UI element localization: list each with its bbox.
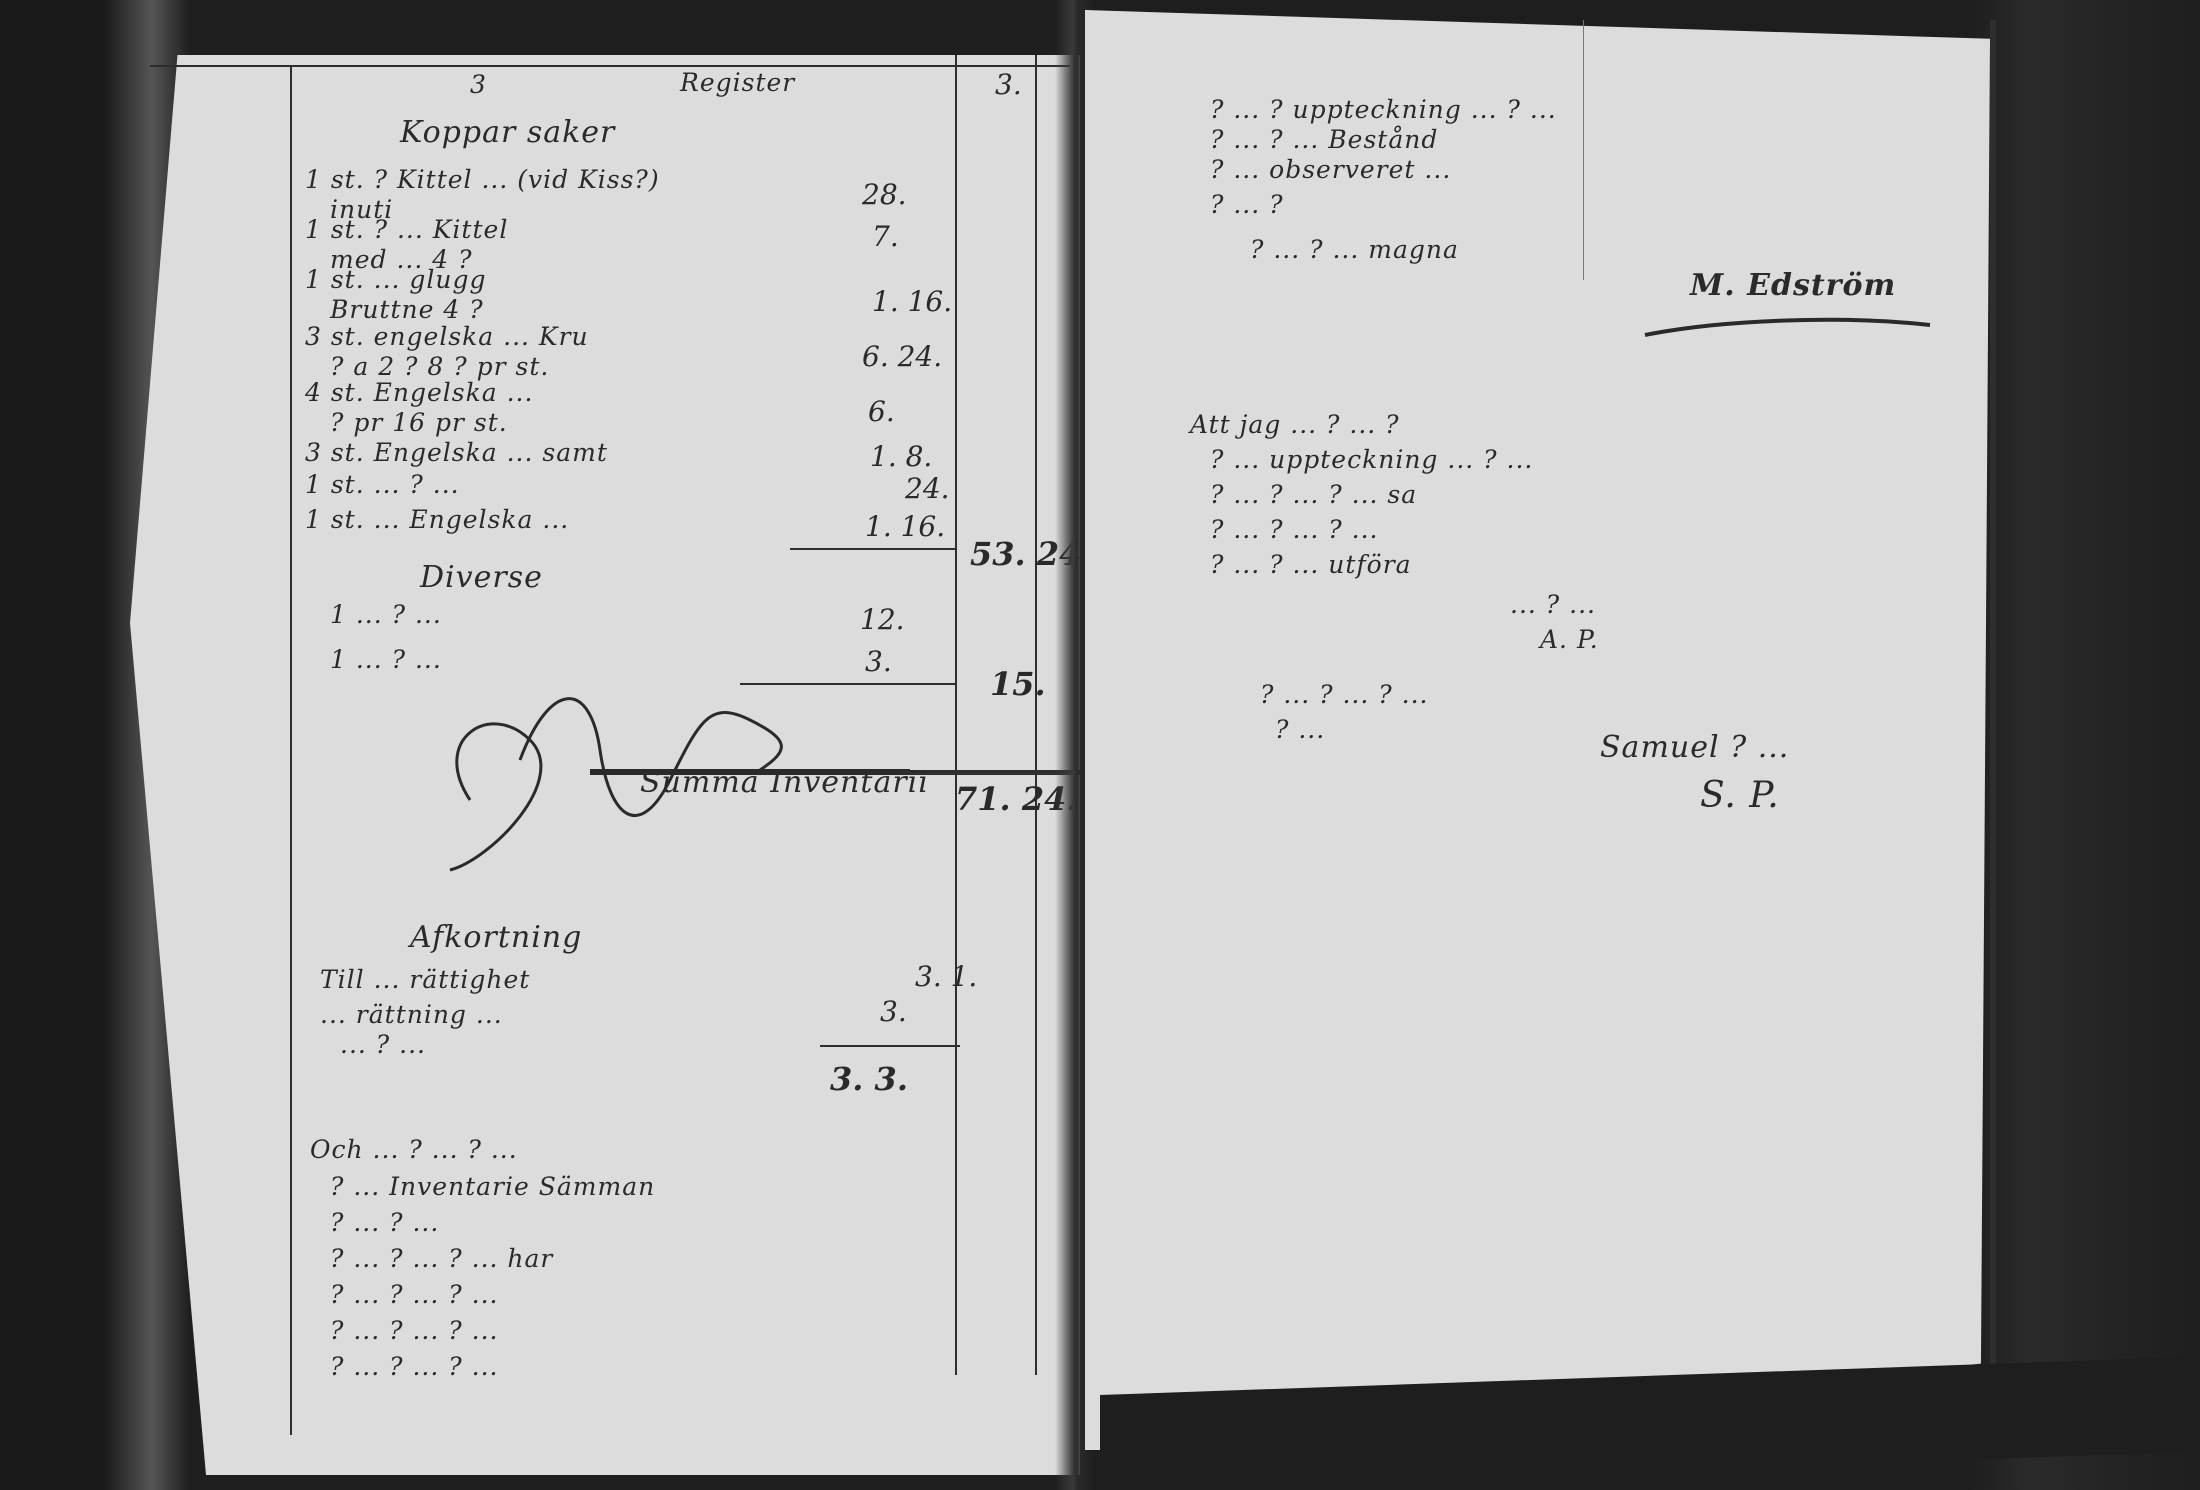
page-edge-rule bbox=[1990, 20, 1996, 1400]
paragraph-line: Att jag ... ? ... ? bbox=[1190, 410, 1400, 439]
item-amount: 3. 1. bbox=[915, 960, 977, 993]
item-text: 3 st. engelska ... Kru bbox=[305, 322, 589, 351]
paragraph-line: ? ... ? ... ? ... sa bbox=[1210, 480, 1417, 509]
paragraph-line: ? ... uppteckning ... ? ... bbox=[1210, 445, 1533, 474]
subtotal-afkortning: 3. 3. bbox=[830, 1060, 908, 1098]
item-amount: 1. 16. bbox=[872, 285, 952, 318]
item-amount: 6. 24. bbox=[862, 340, 942, 373]
item-text: 4 st. Engelska ... bbox=[305, 378, 533, 407]
bleed-through-rule bbox=[1583, 20, 1584, 280]
item-text: 1 ... ? ... bbox=[330, 600, 442, 629]
right-page bbox=[1085, 10, 1990, 1450]
item-text: ... rättning ... bbox=[320, 1000, 503, 1029]
carried-header: Register bbox=[680, 68, 795, 97]
summa-label: Summa Inventarii bbox=[640, 765, 929, 800]
signature-1: M. Edström bbox=[1690, 268, 1896, 303]
page-numeral: 3 bbox=[470, 70, 487, 99]
item-amount: 24. bbox=[905, 472, 950, 505]
subtotal-rule bbox=[820, 1045, 960, 1047]
paragraph-line: ? ... bbox=[1275, 715, 1325, 744]
top-rule bbox=[150, 65, 1070, 67]
item-text: 1 ... ? ... bbox=[330, 645, 442, 674]
item-sub: ? a 2 ? 8 ? pr st. bbox=[330, 352, 549, 381]
signature-3: Samuel ? ... bbox=[1600, 730, 1789, 765]
signature-underline-flourish bbox=[1640, 300, 1940, 350]
total-column-rule bbox=[1035, 55, 1037, 1375]
signature-3-initials: S. P. bbox=[1700, 775, 1780, 816]
paragraph-line: ? ... ? uppteckning ... ? ... bbox=[1210, 95, 1557, 124]
scan-shadow-right bbox=[1970, 0, 2200, 1490]
paragraph-line: ? ... ? ... Bestånd bbox=[1210, 125, 1438, 154]
item-amount: 28. bbox=[862, 178, 907, 211]
section-title-afkortning: Afkortning bbox=[410, 920, 582, 955]
paragraph-line: ? ... ? ... ? ... bbox=[330, 1352, 498, 1381]
item-amount: 1. 8. bbox=[870, 440, 932, 473]
margin-rule bbox=[290, 65, 292, 1435]
paragraph-line: Och ... ? ... ? ... bbox=[310, 1135, 518, 1164]
item-text: 1 st. ... glugg bbox=[305, 265, 487, 294]
paragraph-line: ? ... ? ... ? ... har bbox=[330, 1244, 553, 1273]
paragraph-line: ? ... ? bbox=[1210, 190, 1284, 219]
item-text: Till ... rättighet bbox=[320, 965, 530, 994]
item-amount: 6. bbox=[868, 395, 895, 428]
subtotal-rule bbox=[790, 548, 955, 550]
item-sub: ? pr 16 pr st. bbox=[330, 408, 508, 437]
item-amount: 7. bbox=[872, 220, 899, 253]
carried-amount: 3. bbox=[995, 68, 1022, 101]
item-text: 1 st. ? Kittel ... (vid Kiss?) bbox=[305, 165, 660, 194]
item-text: ... ? ... bbox=[340, 1030, 426, 1059]
section-title-koppar: Koppar saker bbox=[400, 115, 615, 150]
item-text: 1 st. ... Engelska ... bbox=[305, 505, 569, 534]
paragraph-line: ? ... ? ... ? ... bbox=[1260, 680, 1428, 709]
item-text: 1 st. ... ? ... bbox=[305, 470, 460, 499]
subtotal-diverse: 15. bbox=[990, 665, 1046, 703]
item-text: 3 st. Engelska ... samt bbox=[305, 438, 608, 467]
section-title-diverse: Diverse bbox=[420, 560, 543, 595]
item-sub: Bruttne 4 ? bbox=[330, 295, 484, 324]
paragraph-line: ? ... ? ... ? ... bbox=[330, 1316, 498, 1345]
item-amount: 1. 16. bbox=[865, 510, 945, 543]
paragraph-line: ? ... Inventarie Sämman bbox=[330, 1172, 655, 1201]
paragraph-line: ? ... ? ... bbox=[330, 1208, 439, 1237]
paragraph-line: ? ... ? ... ? ... bbox=[330, 1280, 498, 1309]
item-text: 1 st. ? ... Kittel bbox=[305, 215, 508, 244]
item-amount: 12. bbox=[860, 603, 905, 636]
paragraph-line: ? ... ? ... magna bbox=[1250, 235, 1459, 264]
signature-2-initials: A. P. bbox=[1540, 625, 1599, 654]
paragraph-line: ? ... observeret ... bbox=[1210, 155, 1451, 184]
paragraph-line: ? ... ? ... utföra bbox=[1210, 550, 1412, 579]
paragraph-line: ? ... ? ... ? ... bbox=[1210, 515, 1378, 544]
amount-column-rule bbox=[955, 55, 957, 1375]
signature-2: ... ? ... bbox=[1510, 590, 1596, 619]
item-amount: 3. bbox=[880, 995, 907, 1028]
